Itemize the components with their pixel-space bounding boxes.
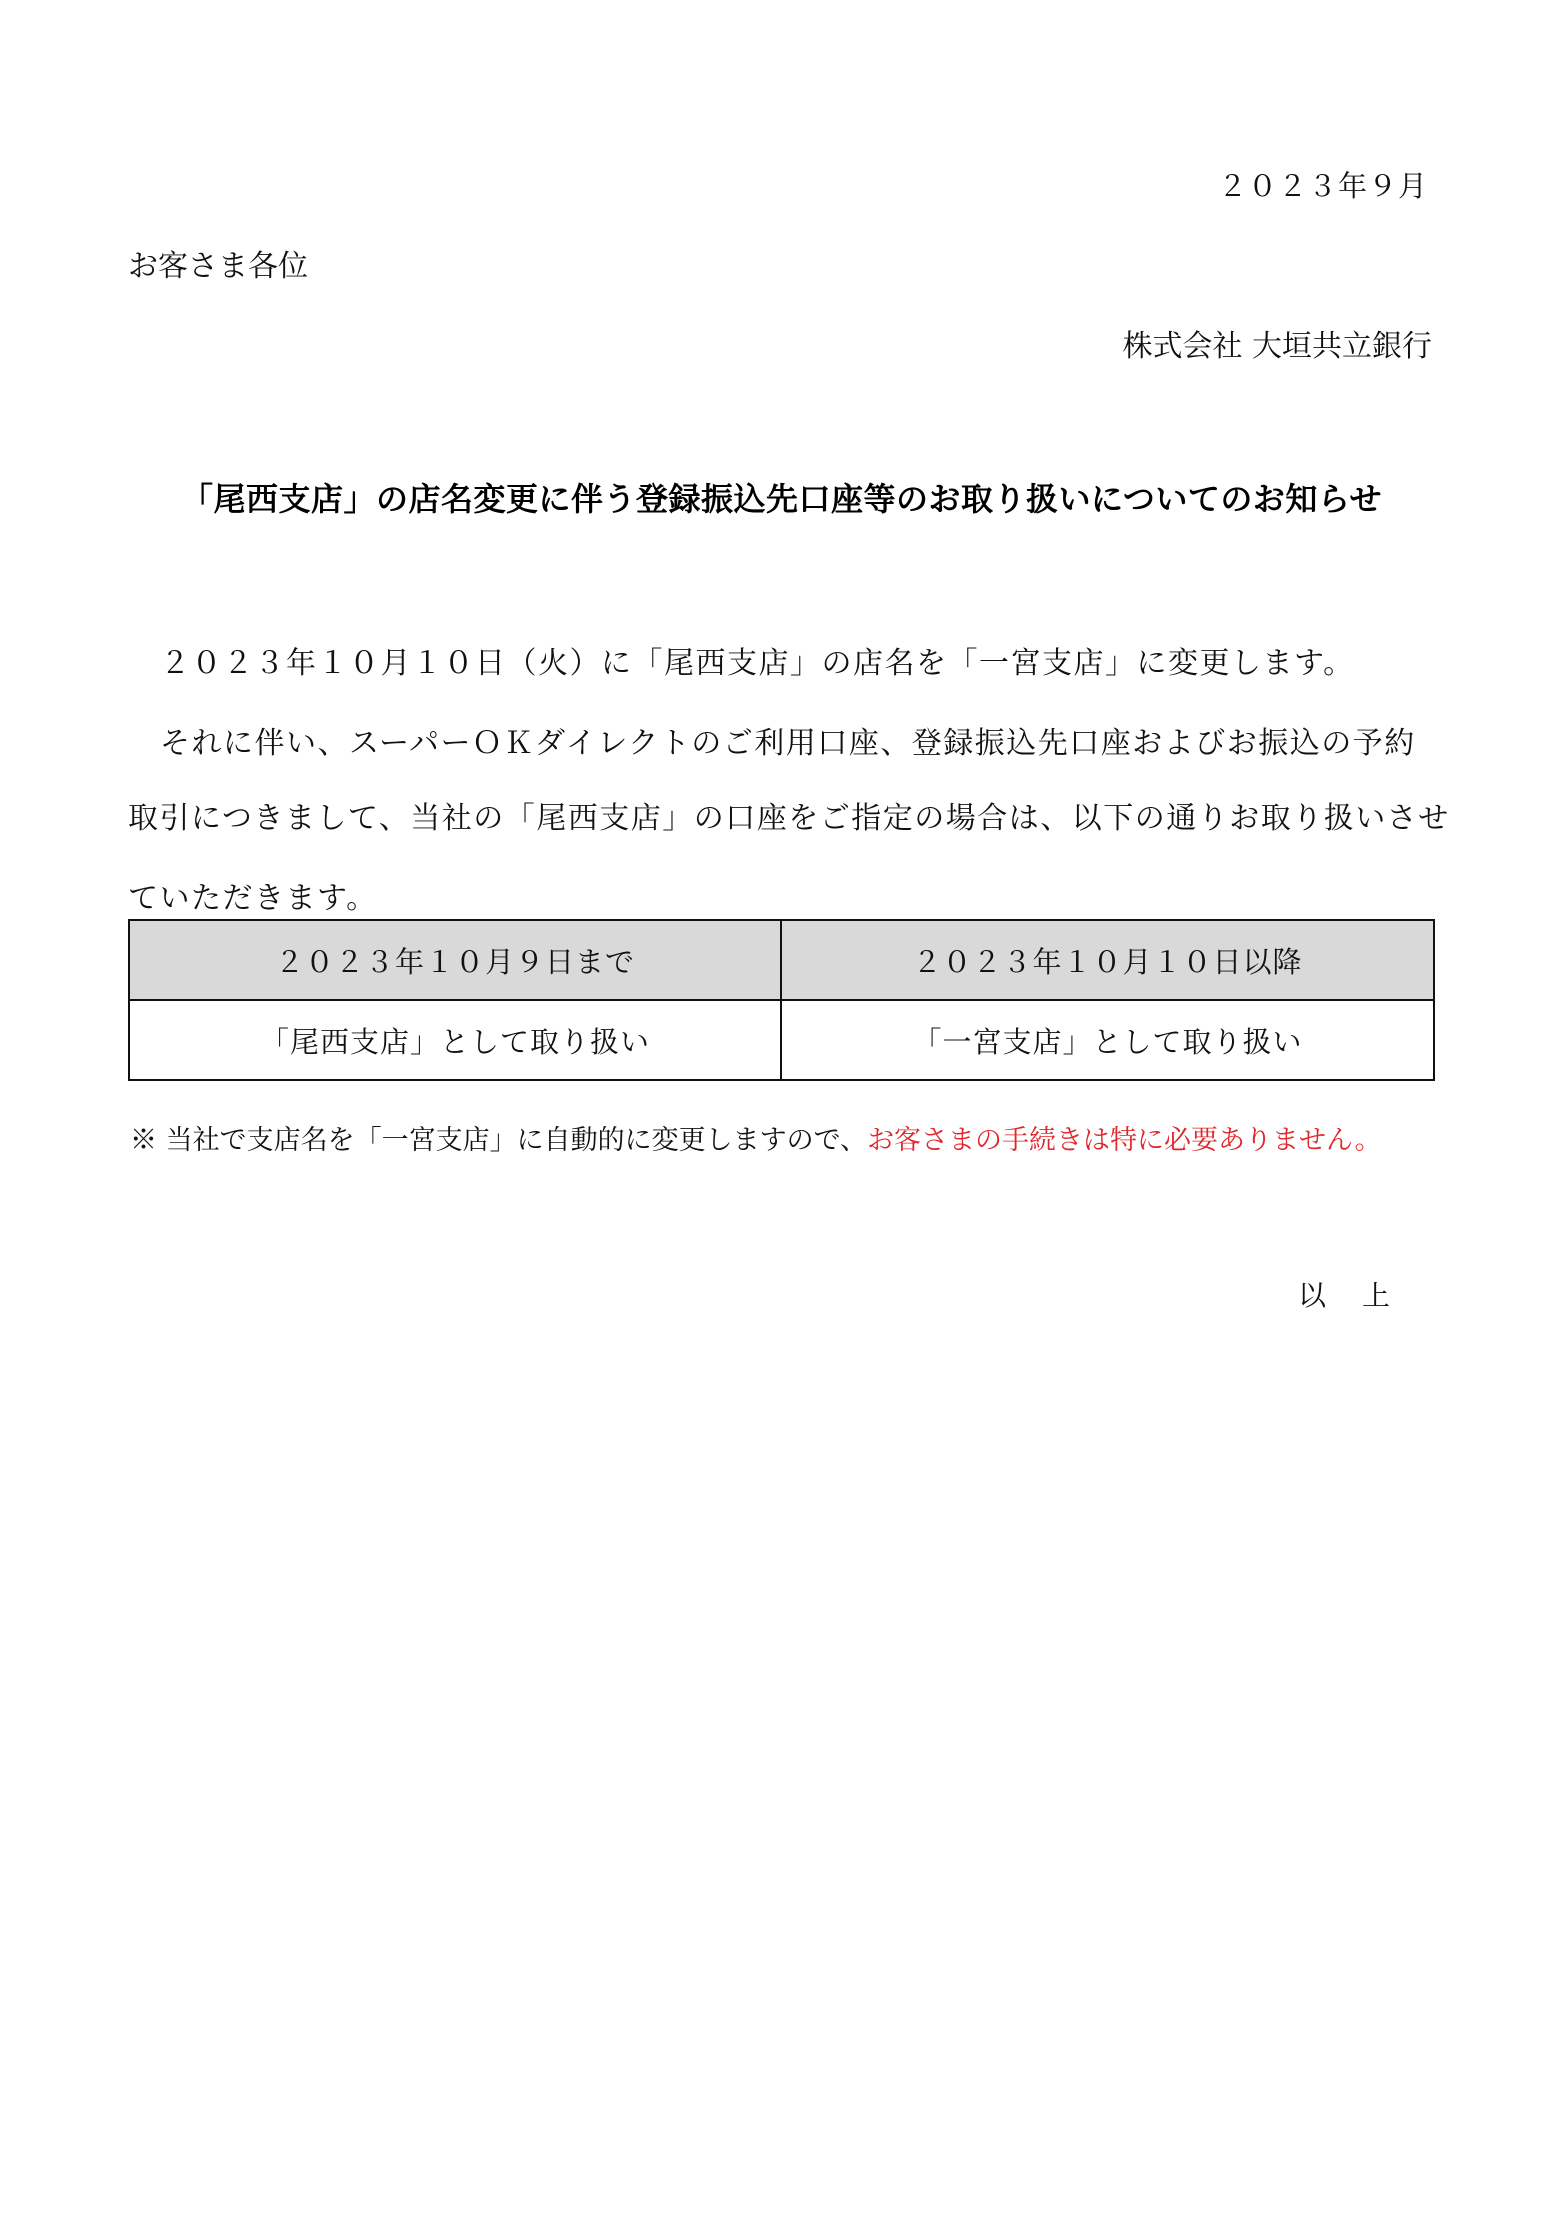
body-paragraph-2-line-1: それに伴い、スーパーＯＫダイレクトのご利用口座、登録振込先口座およびお振込の予約 [160, 718, 1416, 762]
branch-change-table: ２０２３年１０月９日まで ２０２３年１０月１０日以降 「尾西支店」として取り扱い… [128, 919, 1435, 1081]
body-paragraph-2-line-2: 取引につきまして、当社の「尾西支店」の口座をご指定の場合は、以下の通りお取り扱い… [128, 793, 1450, 837]
reference-mark: ※ [130, 1125, 157, 1156]
closing-mark: 以上 [1298, 1274, 1390, 1314]
document-date: ２０２３年９月 [1218, 164, 1428, 205]
table-row: 「尾西支店」として取り扱い 「一宮支店」として取り扱い [129, 1000, 1434, 1080]
footnote-emphasis-text: お客さまの手続きは特に必要ありません。 [867, 1125, 1382, 1156]
table-header-after: ２０２３年１０月１０日以降 [781, 920, 1434, 1000]
issuer-name: 株式会社 大垣共立銀行 [1122, 321, 1432, 365]
closing-part-2: 上 [1362, 1274, 1390, 1314]
table-cell-before: 「尾西支店」として取り扱い [129, 1000, 781, 1080]
table-header-before: ２０２３年１０月９日まで [129, 920, 781, 1000]
recipient-salutation: お客さま各位 [128, 241, 308, 285]
closing-part-1: 以 [1298, 1274, 1326, 1314]
table-header-row: ２０２３年１０月９日まで ２０２３年１０月１０日以降 [129, 920, 1434, 1000]
footnote-text: 当社で支店名を「一宮支店」に自動的に変更しますので、 [166, 1125, 867, 1156]
notice-title: 「尾西支店」の店名変更に伴う登録振込先口座等のお取り扱いについてのお知らせ [0, 474, 1563, 520]
body-paragraph-2-line-3: ていただきます。 [128, 873, 378, 917]
table-cell-after: 「一宮支店」として取り扱い [781, 1000, 1434, 1080]
footnote: ※ 当社で支店名を「一宮支店」に自動的に変更しますので、お客さまの手続きは特に必… [130, 1118, 1382, 1157]
body-paragraph-1: ２０２３年１０月１０日（火）に「尾西支店」の店名を「一宮支店」に変更します。 [160, 638, 1355, 682]
